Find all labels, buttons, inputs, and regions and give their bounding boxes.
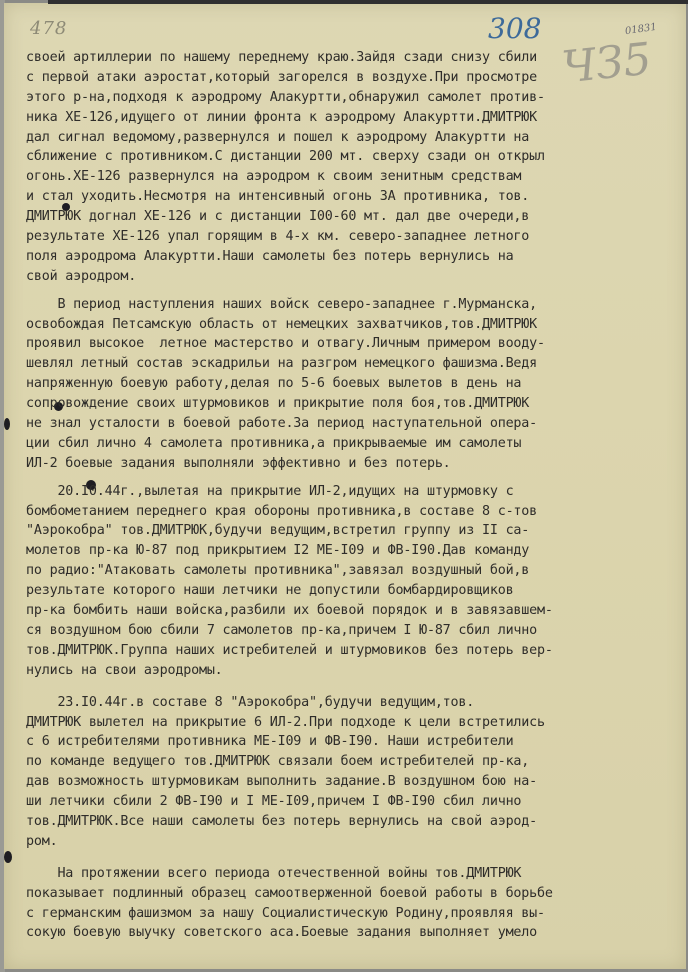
text-line: сопровождение своих штурмовиков и прикры… (26, 394, 646, 414)
text-line: ром. (26, 832, 646, 852)
text-line: напряженную боевую работу,делая по 5-6 б… (26, 374, 646, 394)
text-line: показывает подлинный образец самоотверже… (26, 884, 646, 904)
text-line: сокую боевую выучку советского аса.Боевы… (26, 923, 646, 943)
text-line: дал сигнал ведомому,развернулся и пошел … (26, 128, 646, 148)
text-line: В период наступления наших войск северо-… (26, 295, 646, 315)
text-line: по радио:"Атаковать самолеты противника"… (26, 561, 646, 581)
paragraph-5: На протяжении всего периода отечественно… (26, 864, 646, 944)
text-line: нулись на свои аэродромы. (26, 661, 646, 681)
text-line: результате которого наши летчики не допу… (26, 581, 646, 601)
text-line: и стал уходить.Несмотря на интенсивный о… (26, 187, 646, 207)
text-line: по команде ведущего тов.ДМИТРЮК связали … (26, 752, 646, 772)
text-line: 23.I0.44г.в составе 8 "Аэрокобра",будучи… (26, 693, 646, 713)
scan-top-edge (48, 0, 688, 4)
document-body: своей артиллерии по нашему переднему кра… (26, 48, 646, 943)
text-line: 20.I0.44г.,вылетая на прикрытие ИЛ-2,иду… (26, 482, 646, 502)
text-line: тов.ДМИТРЮК.Группа наших истребителей и … (26, 641, 646, 661)
text-line: "Аэрокобра" тов.ДМИТРЮК,будучи ведущим,в… (26, 521, 646, 541)
text-line: результате ХЕ-126 упал горящим в 4-х км.… (26, 227, 646, 247)
text-line: ДМИТРЮК вылетел на прикрытие 6 ИЛ-2.При … (26, 713, 646, 733)
text-line: бомбометанием переднего края обороны про… (26, 502, 646, 522)
text-line: молетов пр-ка Ю-87 под прикрытием I2 МЕ-… (26, 541, 646, 561)
text-line: На протяжении всего периода отечественно… (26, 864, 646, 884)
text-line: ника ХЕ-126,идущего от линии фронта к аэ… (26, 108, 646, 128)
text-line: ся воздушном бою сбили 7 самолетов пр-ка… (26, 621, 646, 641)
text-line: освобождая Петсамскую область от немецки… (26, 315, 646, 335)
ink-page-number: 308 (488, 12, 541, 45)
text-line: этого р-на,подходя к аэродрому Алакуртти… (26, 88, 646, 108)
text-line: ДМИТРЮК догнал ХЕ-126 и с дистанции I00-… (26, 207, 646, 227)
pencil-page-number: 478 (30, 18, 67, 39)
paragraph-3: 20.I0.44г.,вылетая на прикрытие ИЛ-2,иду… (26, 482, 646, 681)
text-line: с 6 истребителями противника МЕ-I09 и ФВ… (26, 732, 646, 752)
text-line: ши летчики сбили 2 ФВ-I90 и I МЕ-I09,при… (26, 792, 646, 812)
paragraph-2: В период наступления наших войск северо-… (26, 295, 646, 474)
text-line: свой аэродром. (26, 267, 646, 287)
text-line: с первой атаки аэростат,который загорелс… (26, 68, 646, 88)
text-line: шевлял летный состав эскадрильи на разгр… (26, 354, 646, 374)
text-line: дав возможность штурмовикам выполнить за… (26, 772, 646, 792)
text-line: проявил высокое летное мастерство и отва… (26, 334, 646, 354)
paragraph-1: своей артиллерии по нашему переднему кра… (26, 48, 646, 287)
text-line: своей артиллерии по нашему переднему кра… (26, 48, 646, 68)
text-line: с германским фашизмом за нашу Социалисти… (26, 904, 646, 924)
ink-blot (4, 418, 10, 430)
ink-blot (4, 851, 12, 863)
text-line: пр-ка бомбить наши войска,разбили их бое… (26, 601, 646, 621)
text-line: ции сбил лично 4 самолета противника,а п… (26, 434, 646, 454)
paragraph-4: 23.I0.44г.в составе 8 "Аэрокобра",будучи… (26, 693, 646, 852)
text-line: не знал усталости в боевой работе.За пер… (26, 414, 646, 434)
text-line: ИЛ-2 боевые задания выполняли эффективно… (26, 454, 646, 474)
text-line: сближение с противником.С дистанции 200 … (26, 147, 646, 167)
text-line: тов.ДМИТРЮК.Все наши самолеты без потерь… (26, 812, 646, 832)
text-line: огонь.ХЕ-126 развернулся на аэродром к с… (26, 167, 646, 187)
text-line: поля аэродрома Алакуртти.Наши самолеты б… (26, 247, 646, 267)
